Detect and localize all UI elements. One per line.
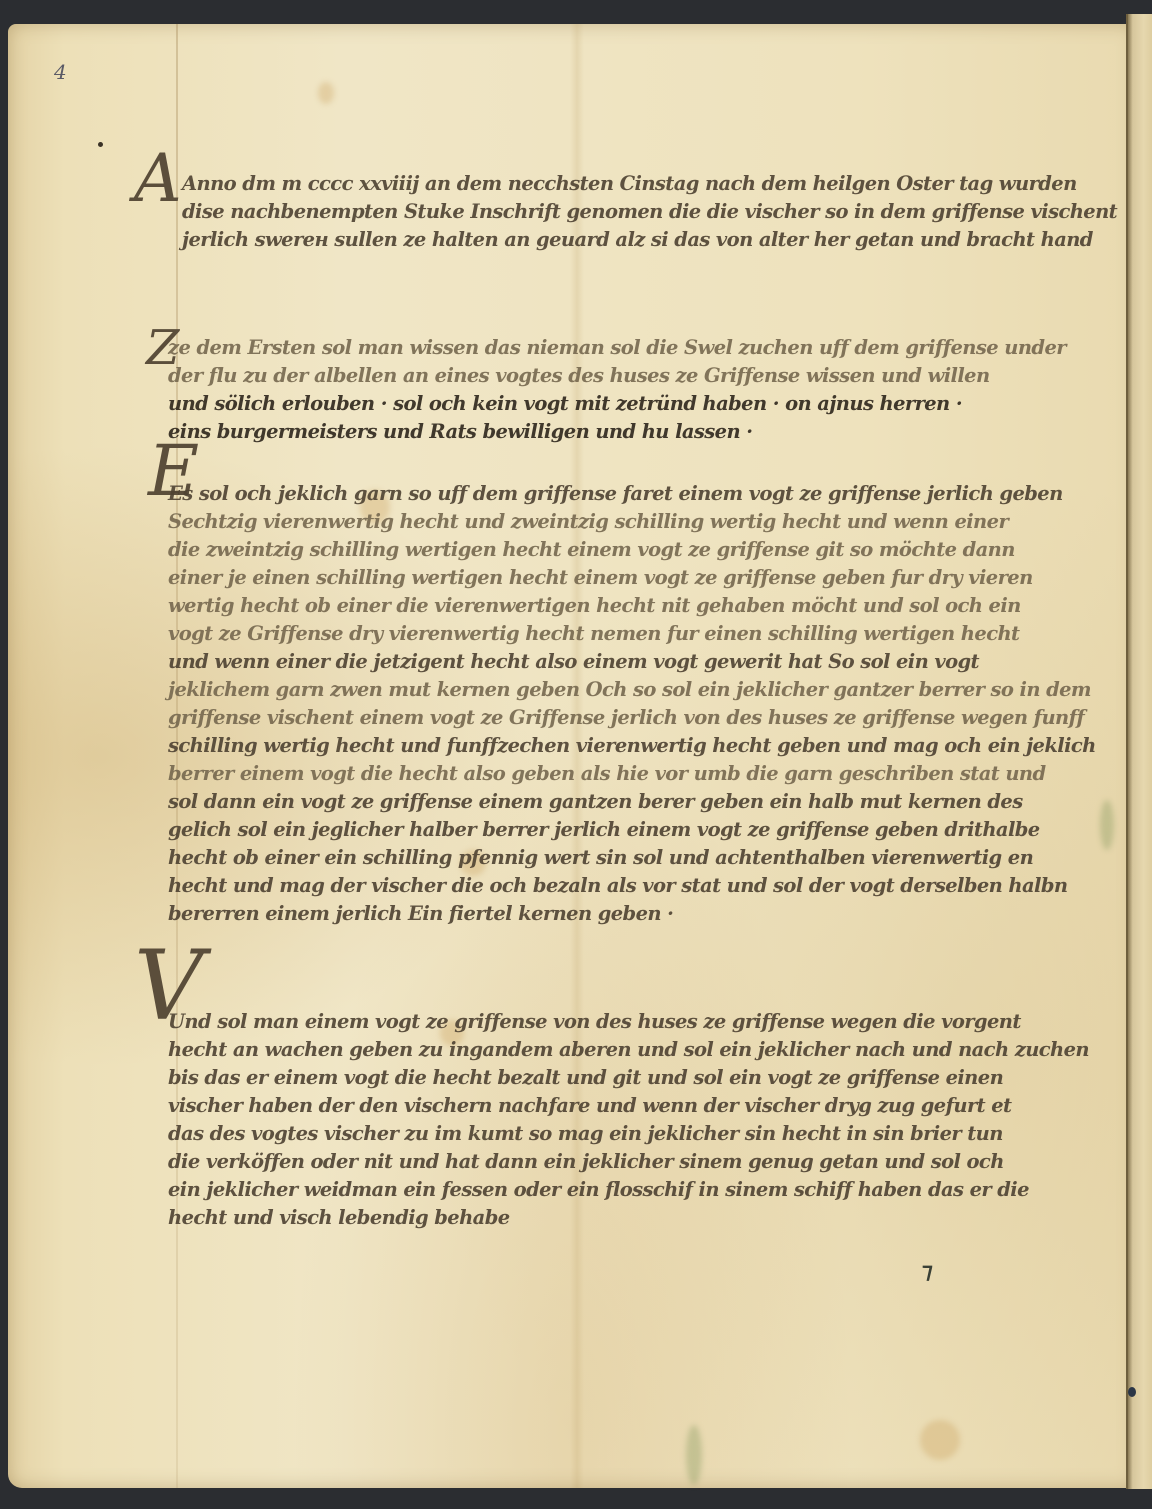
text-line: der flu zu der albellen an eines vogtes …	[168, 362, 1028, 390]
text-section-1: Anno dm m cccc xxviiij an dem necchsten …	[182, 170, 1042, 254]
text-line: jerlich swerен sullen ze halten an geuar…	[182, 226, 1042, 254]
text-line: hecht und visch lebendig behabe	[168, 1204, 1028, 1232]
text-line: hecht an wachen geben zu ingandem aberen…	[168, 1036, 1028, 1064]
text-line: Anno dm m cccc xxviiij an dem necchsten …	[182, 170, 1042, 198]
text-line: bererren einem jerlich Ein fiertel kerne…	[168, 900, 1028, 928]
text-line: hecht und mag der vischer die och bezaln…	[168, 872, 1028, 900]
text-line: ein jeklicher weidman ein fessen oder ei…	[168, 1176, 1028, 1204]
text-line: jeklichem garn zwen mut kernen geben Och…	[168, 676, 1028, 704]
text-line: griffense vischent einem vogt ze Griffen…	[168, 704, 1028, 732]
stain	[686, 1425, 702, 1485]
text-section-2: ze dem Ersten sol man wissen das nieman …	[168, 334, 1028, 446]
text-line: Und sol man einem vogt ze griffense von …	[168, 1008, 1028, 1036]
text-line: einer je einen schilling wertigen hecht …	[168, 564, 1028, 592]
text-line: die zweintzig schilling wertigen hecht e…	[168, 536, 1028, 564]
end-mark: ⁊	[922, 1258, 933, 1284]
text-line: berrer einem vogt die hecht also geben a…	[168, 760, 1028, 788]
text-line: vischer haben der den vischern nachfare …	[168, 1092, 1028, 1120]
text-line: und sölich erlouben · sol och kein vogt …	[168, 390, 1028, 418]
text-line: die verköffen oder nit und hat dann ein …	[168, 1148, 1028, 1176]
stain	[1100, 800, 1114, 850]
text-line: sol dann ein vogt ze griffense einem gan…	[168, 788, 1028, 816]
manuscript-scan: 4 A Anno dm m cccc xxviiij an dem necchs…	[0, 0, 1152, 1509]
text-section-4: Und sol man einem vogt ze griffense von …	[168, 1008, 1028, 1232]
text-line: gelich sol ein jeglicher halber berrer j…	[168, 816, 1028, 844]
text-line: eins burgermeisters und Rats bewilligen …	[168, 418, 1028, 446]
folio-number: 4	[54, 60, 67, 84]
stain	[318, 82, 334, 104]
binding-pin	[1128, 1387, 1136, 1397]
initial-letter: A	[134, 140, 182, 217]
text-line: vogt ze Griffense dry vierenwertig hecht…	[168, 620, 1028, 648]
text-line: und wenn einer die jetzigent hecht also …	[168, 648, 1028, 676]
stain	[920, 1420, 960, 1460]
text-line: Sechtzig vierenwertig hecht und zweintzi…	[168, 508, 1028, 536]
text-line: schilling wertig hecht und funffzechen v…	[168, 732, 1028, 760]
text-section-3: Es sol och jeklich garn so uff dem griff…	[168, 480, 1028, 928]
ink-dot	[98, 142, 103, 147]
text-line: hecht ob einer ein schilling pfennig wer…	[168, 844, 1028, 872]
text-line: Es sol och jeklich garn so uff dem griff…	[168, 480, 1028, 508]
text-line: das des vogtes vischer zu im kumt so mag…	[168, 1120, 1028, 1148]
text-line: ze dem Ersten sol man wissen das nieman …	[168, 334, 1028, 362]
text-line: bis das er einem vogt die hecht bezalt u…	[168, 1064, 1028, 1092]
text-line: dise nachbenempten Stuke Inschrift genom…	[182, 198, 1042, 226]
next-leaf-edge	[1126, 14, 1152, 1489]
text-line: wertig hecht ob einer die vierenwertigen…	[168, 592, 1028, 620]
